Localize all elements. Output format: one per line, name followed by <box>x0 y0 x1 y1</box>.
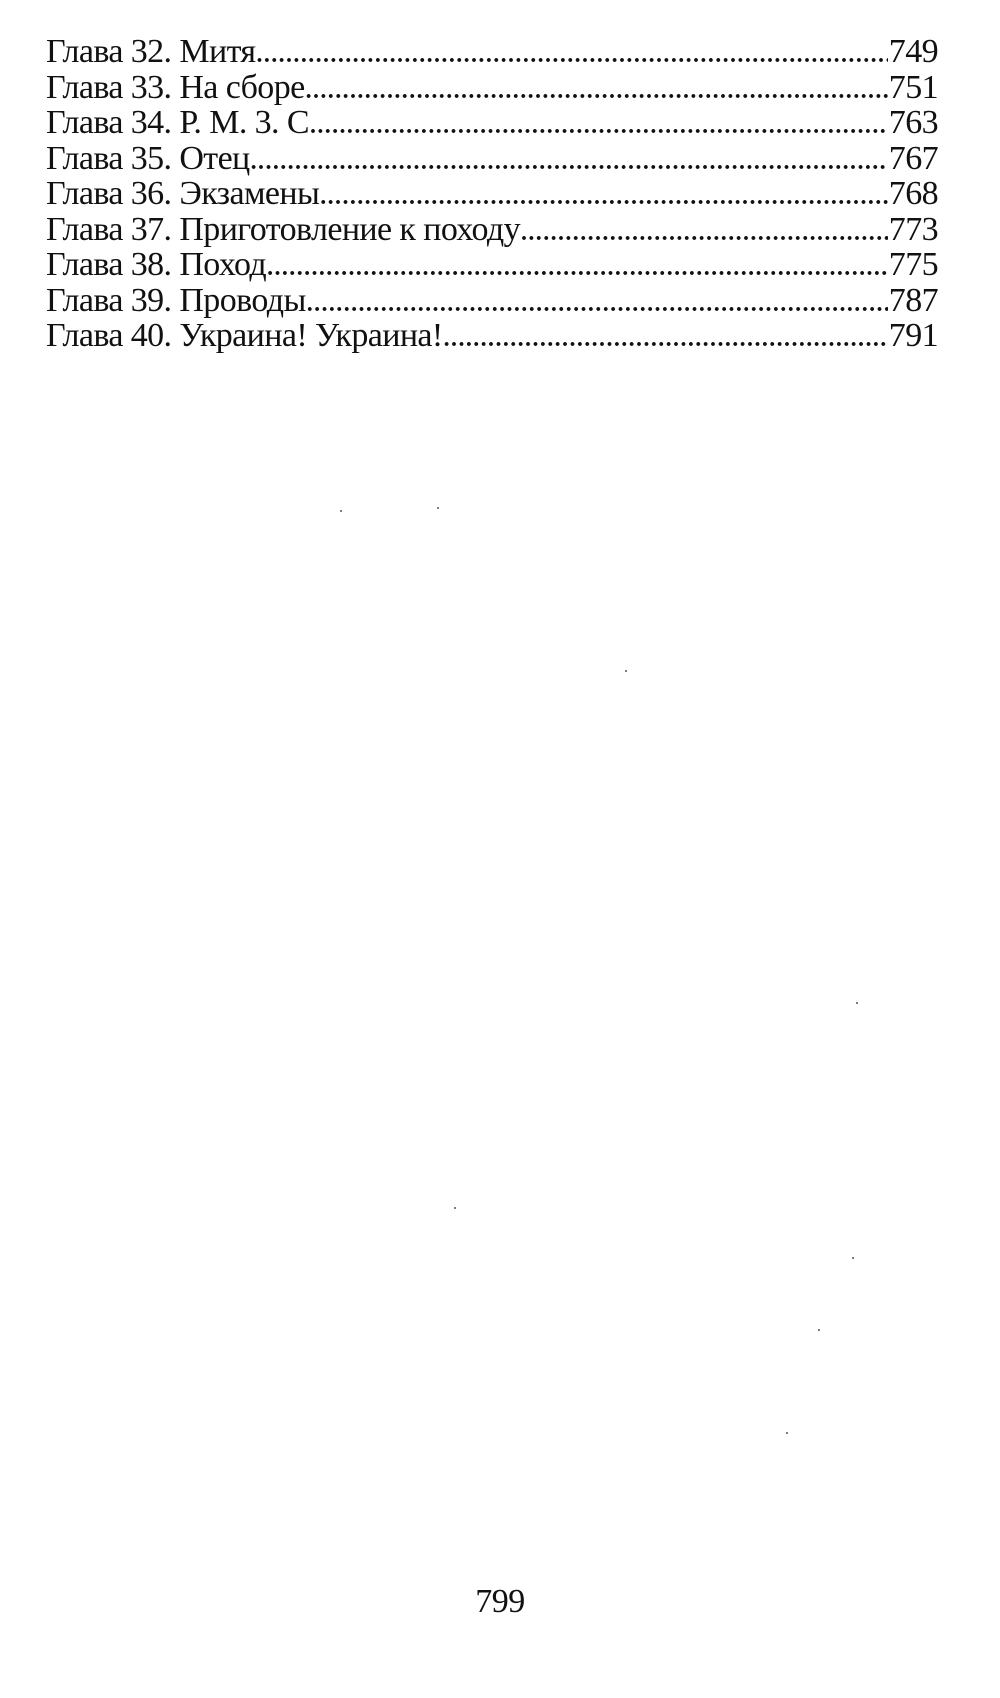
toc-entry: Глава 38. Поход ........................… <box>46 247 938 283</box>
toc-entry-title: Глава 36. Экзамены <box>46 176 319 212</box>
toc-dot-leader: ........................................… <box>310 109 888 145</box>
toc-entry: Глава 35. Отец .........................… <box>46 141 938 177</box>
toc-entry-page: 763 <box>889 105 938 141</box>
toc-dot-leader: ........................................… <box>251 145 888 181</box>
toc-entry: Глава 40. Украина! Украина! ............… <box>46 318 938 354</box>
scan-speck <box>786 1432 788 1434</box>
toc-entry-title: Глава 37. Приготовление к походу <box>46 212 520 248</box>
toc-entry-title: Глава 38. Поход <box>46 247 266 283</box>
scan-speck <box>340 510 342 512</box>
scan-speck <box>454 1207 456 1209</box>
toc-entry-page: 749 <box>889 34 938 70</box>
scan-speck <box>856 1002 858 1004</box>
page-number: 799 <box>0 1583 1000 1621</box>
scan-speck <box>818 1329 820 1331</box>
toc-entry-title: Глава 39. Проводы <box>46 283 306 319</box>
toc-entry-title: Глава 34. Р. М. 3. С <box>46 105 309 141</box>
toc-entry-page: 768 <box>889 176 938 212</box>
table-of-contents: Глава 32. Митя .........................… <box>46 34 938 354</box>
toc-entry: Глава 33. На сборе .....................… <box>46 70 938 106</box>
toc-entry-title: Глава 33. На сборе <box>46 70 305 106</box>
toc-dot-leader: ........................................… <box>267 251 888 287</box>
toc-entry-page: 787 <box>889 283 938 319</box>
toc-entry-page: 751 <box>889 70 938 106</box>
toc-entry-page: 791 <box>889 318 938 354</box>
toc-dot-leader: ........................................… <box>444 322 888 358</box>
toc-entry-page: 773 <box>889 212 938 248</box>
toc-entry: Глава 36. Экзамены .....................… <box>46 176 938 212</box>
scan-speck <box>852 1257 854 1259</box>
scan-speck <box>437 507 439 509</box>
toc-entry: Глава 39. Проводы ......................… <box>46 283 938 319</box>
scan-speck <box>625 670 627 672</box>
toc-entry: Глава 32. Митя .........................… <box>46 34 938 70</box>
toc-entry-page: 775 <box>889 247 938 283</box>
toc-entry-title: Глава 35. Отец <box>46 141 250 177</box>
toc-entry-title: Глава 40. Украина! Украина! <box>46 318 443 354</box>
toc-entry-page: 767 <box>889 141 938 177</box>
toc-dot-leader: ........................................… <box>521 216 888 252</box>
toc-dot-leader: ........................................… <box>306 74 888 110</box>
toc-entry: Глава 34. Р. М. 3. С ...................… <box>46 105 938 141</box>
toc-dot-leader: ........................................… <box>256 38 887 74</box>
toc-entry-title: Глава 32. Митя <box>46 34 255 70</box>
toc-entry: Глава 37. Приготовление к походу .......… <box>46 212 938 248</box>
